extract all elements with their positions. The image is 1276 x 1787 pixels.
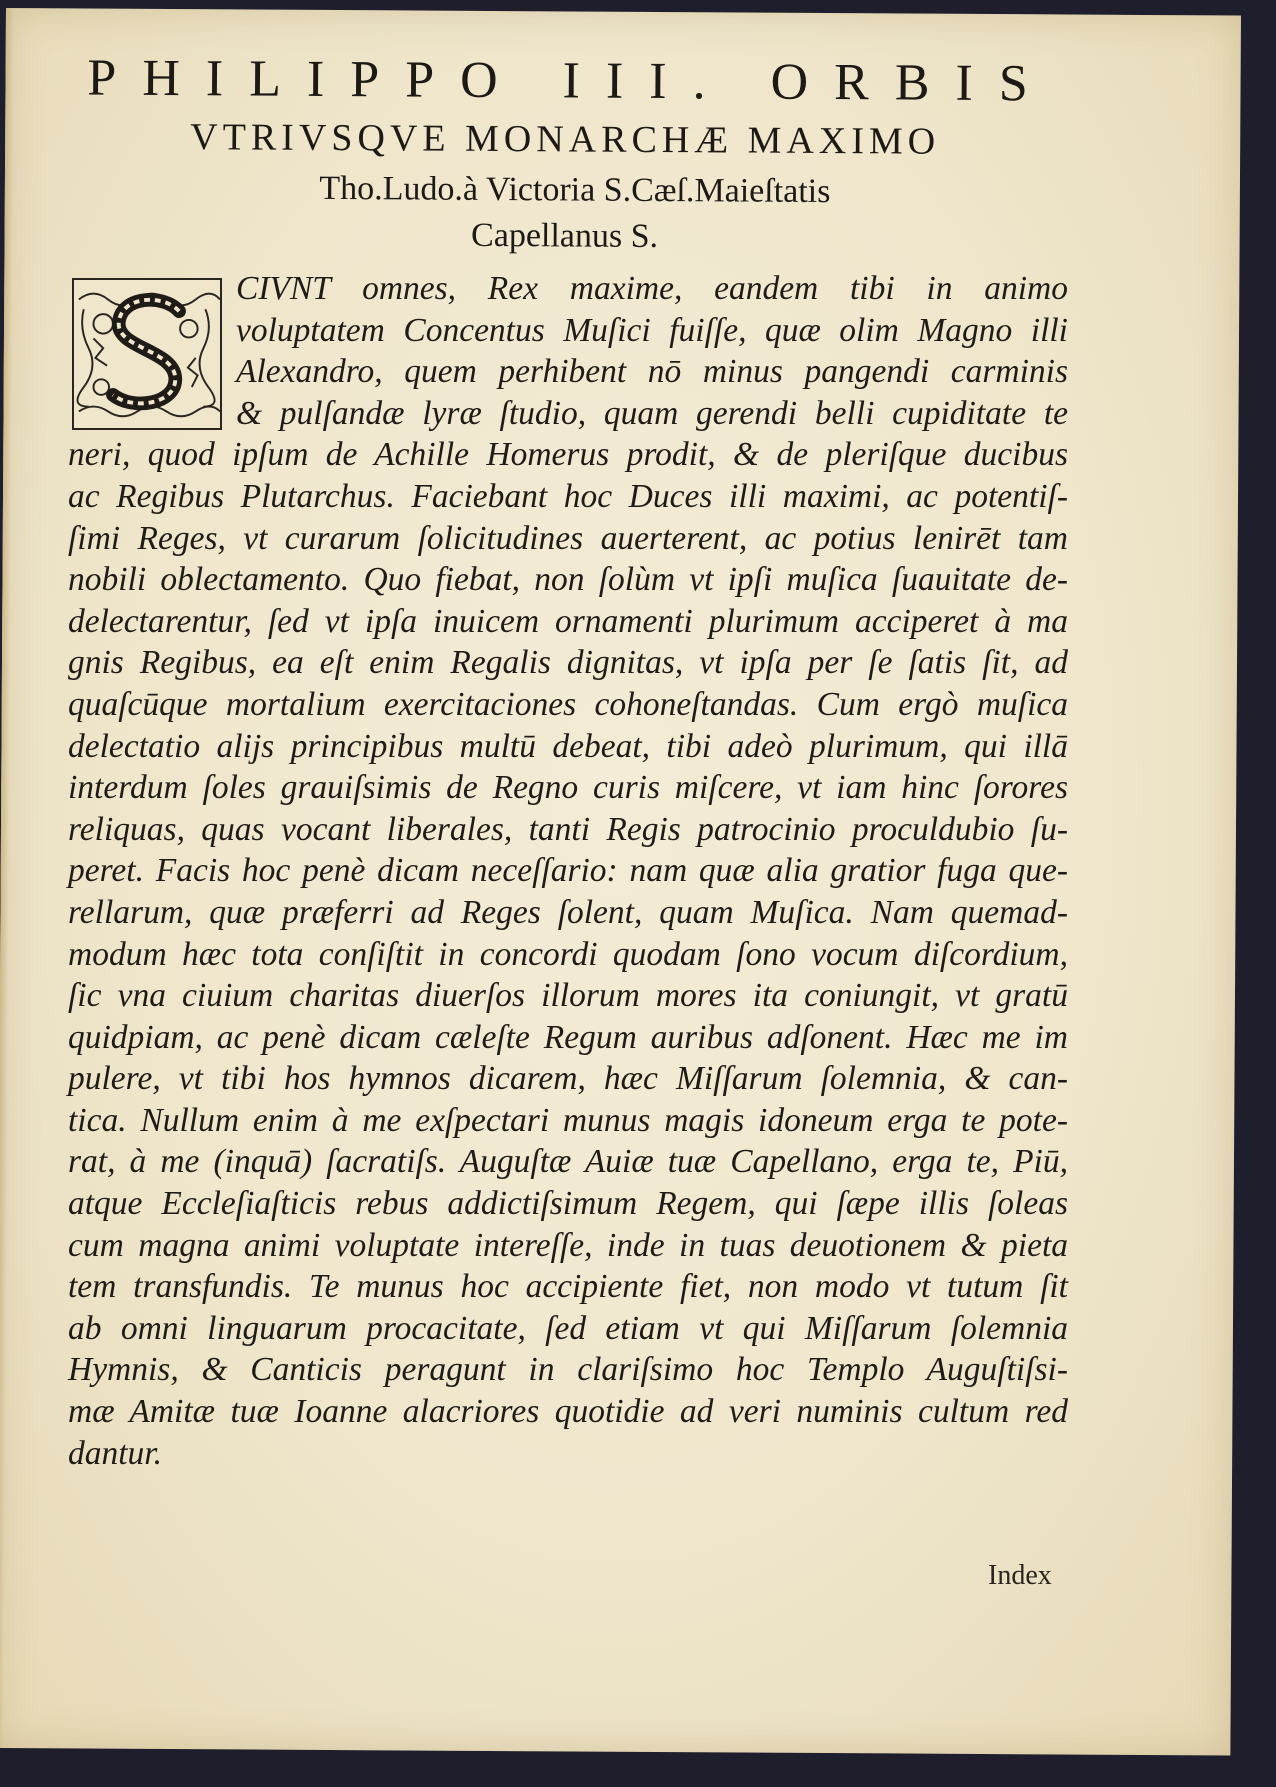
text-line: delectarentur, ſed vt ipſa inuicem ornam…	[68, 601, 1068, 643]
text-line: ac Regibus Plutarchus. Faciebant hoc Duc…	[68, 476, 1068, 518]
text-line: gnis Regibus, ea eſt enim Regalis dignit…	[68, 642, 1068, 684]
text-line: pulere, vt tibi hos hymnos dicarem, hæc …	[68, 1058, 1068, 1100]
text-line: CIVNT omnes, Rex maxime, eandem tibi in …	[68, 268, 1068, 310]
dedication-body: CIVNT omnes, Rex maxime, eandem tibi in …	[68, 268, 1068, 1474]
text-line: peret. Facis hoc penè dicam neceſſario: …	[68, 850, 1068, 892]
text-line: neri, quod ipſum de Achille Homerus prod…	[68, 434, 1068, 476]
catchword: Index	[988, 1560, 1052, 1592]
text-line: atque Eccleſiaſticis rebus addictiſsimum…	[68, 1183, 1068, 1225]
text-line: nobili oblectamento. Quo fiebat, non ſol…	[68, 559, 1068, 601]
heading-line-3: Tho.Ludo.à Victoria S.Cæſ.Maieſtatis	[45, 164, 1105, 216]
text-line: tem transfundis. Te munus hoc accipiente…	[68, 1266, 1068, 1308]
text-line: cum magna animi voluptate intereſſe, ind…	[68, 1225, 1068, 1267]
text-line: Alexandro, quem perhibent nō minus pange…	[68, 351, 1068, 393]
text-line: interdum ſoles grauiſsimis de Regno curi…	[68, 767, 1068, 809]
text-line: delectatio alijs principibus multū debea…	[68, 726, 1068, 768]
text-line: ſimi Reges, vt curarum ſolicitudines aue…	[68, 518, 1068, 560]
dedication-heading: PHILIPPO III. ORBIS VTRIVSQVE MONARCHÆ M…	[4, 48, 1105, 263]
text-line: rat, à me (inquā) ſacratiſs. Auguſtæ Aui…	[68, 1141, 1068, 1183]
text-line: quidpiam, ac penè dicam cæleſte Regum au…	[68, 1017, 1068, 1059]
text-line: modum hæc tota conſiſtit in concordi quo…	[68, 934, 1068, 976]
text-line: tica. Nullum enim à me exſpectari munus …	[68, 1100, 1068, 1142]
text-line: quaſcūque mortalium exercitaciones cohon…	[68, 684, 1068, 726]
heading-line-1: PHILIPPO III. ORBIS	[35, 48, 1105, 115]
text-line: Hymnis, & Canticis peragunt in clariſsim…	[68, 1349, 1068, 1391]
text-line: mæ Amitæ tuæ Ioanne alacriores quotidie …	[68, 1391, 1068, 1433]
text-line: dantur.	[68, 1433, 1068, 1475]
text-line: ab omni linguarum procacitate, ſed etiam…	[68, 1308, 1068, 1350]
text-line: voluptatem Concentus Muſici fuiſſe, quæ …	[68, 310, 1068, 352]
text-line: & pulſandæ lyræ ſtudio, quam gerendi bel…	[68, 393, 1068, 435]
heading-line-4: Capellanus S.	[24, 210, 1104, 263]
text-line: rellarum, quæ præferri ad Reges ſolent, …	[68, 892, 1068, 934]
text-line: reliquas, quas vocant liberales, tanti R…	[68, 809, 1068, 851]
heading-line-2: VTRIVSQVE MONARCHÆ MAXIMO	[25, 108, 1105, 171]
text-line: ſic vna ciuium charitas diuerſos illorum…	[68, 975, 1068, 1017]
